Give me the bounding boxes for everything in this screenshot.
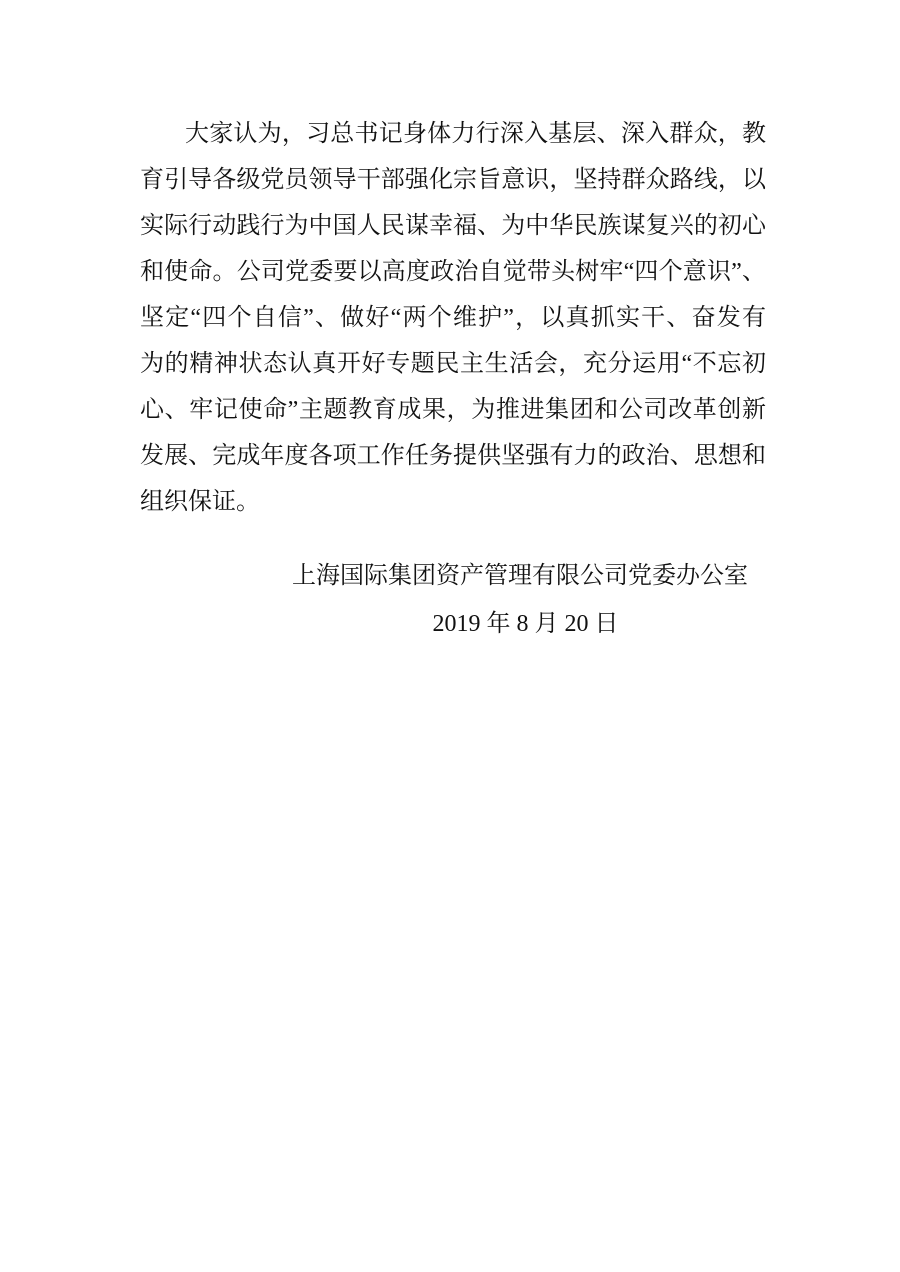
paragraph-line: 组织保证。 (140, 479, 766, 525)
date-line: 2019 年 8 月 20 日 (285, 601, 766, 647)
paragraph-line: 和使命。公司党委要以高度政治自觉带头树牢“四个意识”、 (140, 249, 766, 295)
signature-line: 上海国际集团资产管理有限公司党委办公室 (140, 553, 766, 599)
paragraph-line: 大家认为，习总书记身体力行深入基层、深入群众，教 (140, 111, 766, 157)
document-body: 大家认为，习总书记身体力行深入基层、深入群众，教 育引导各级党员领导干部强化宗旨… (140, 111, 766, 647)
paragraph-line: 心、牢记使命”主题教育成果，为推进集团和公司改革创新 (140, 387, 766, 433)
paragraph-line: 育引导各级党员领导干部强化宗旨意识，坚持群众路线，以 (140, 157, 766, 203)
body-paragraph: 大家认为，习总书记身体力行深入基层、深入群众，教 育引导各级党员领导干部强化宗旨… (140, 111, 766, 525)
paragraph-line: 为的精神状态认真开好专题民主生活会，充分运用“不忘初 (140, 341, 766, 387)
paragraph-line: 坚定“四个自信”、做好“两个维护”，以真抓实干、奋发有 (140, 295, 766, 341)
document-page: 大家认为，习总书记身体力行深入基层、深入群众，教 育引导各级党员领导干部强化宗旨… (0, 0, 900, 1272)
paragraph-line: 实际行动践行为中国人民谋幸福、为中华民族谋复兴的初心 (140, 203, 766, 249)
paragraph-line: 发展、完成年度各项工作任务提供坚强有力的政治、思想和 (140, 433, 766, 479)
